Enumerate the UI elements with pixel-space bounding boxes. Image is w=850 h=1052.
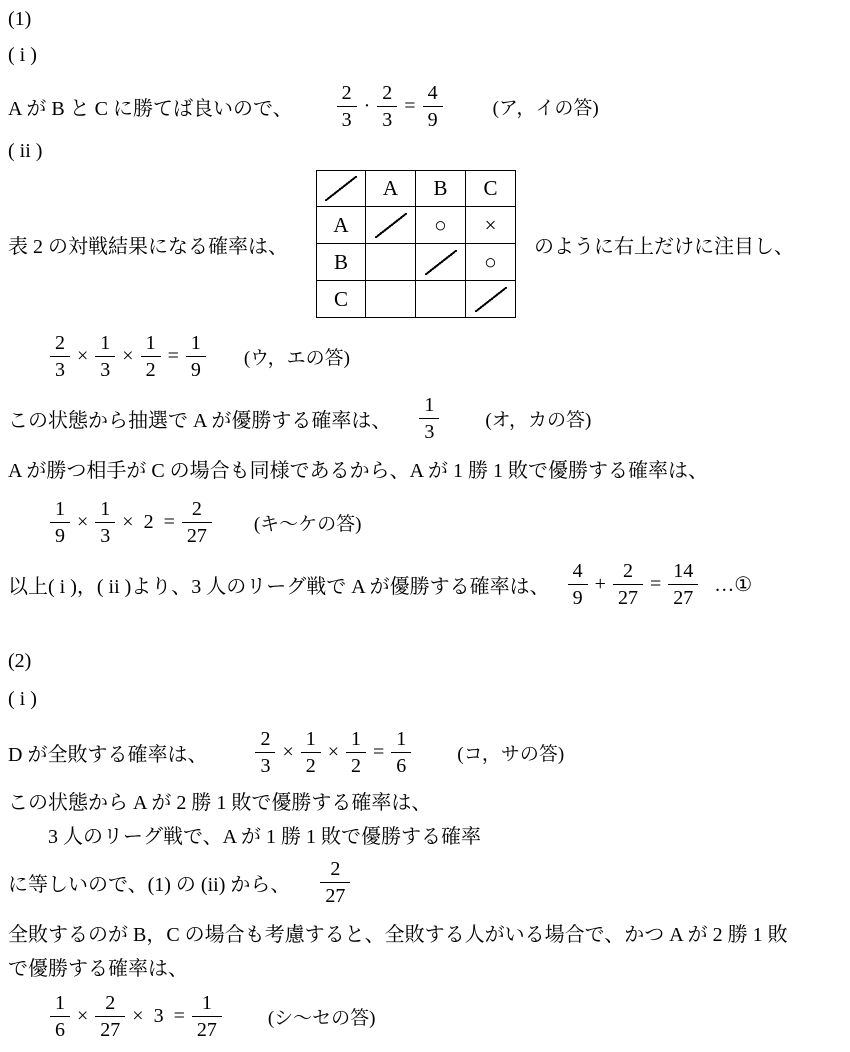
math-token: 2	[144, 511, 154, 534]
math-token: 3	[154, 1005, 164, 1028]
fraction: 12	[346, 728, 366, 777]
text-equal-from-1ii: に等しいので、(1) の (ii) から、	[8, 868, 290, 897]
diagonal-line-icon	[475, 287, 507, 312]
table-cell	[366, 244, 416, 281]
diagonal-line-icon	[425, 250, 457, 275]
table-cell	[416, 244, 466, 281]
math-expression-1: 23·23=49	[335, 82, 445, 131]
solution-line-1win1loss: 19×13×2=227 (キ～ケの答)	[48, 494, 362, 550]
table-row: A○×	[316, 207, 516, 244]
fraction-denominator: 27	[95, 1017, 125, 1041]
fraction: 16	[50, 992, 70, 1041]
solution-document: (1) ( i ) A が B と C に勝てば良いので、 23·23=49 (…	[0, 0, 850, 1052]
fraction-denominator: 9	[568, 585, 588, 609]
answer-label-o-ka: (オ，カの答)	[485, 405, 591, 432]
fraction-numerator: 4	[568, 560, 588, 585]
math-expression-8: 16×227×3=127	[48, 992, 224, 1041]
fraction: 23	[377, 82, 397, 131]
fraction-denominator: 27	[613, 585, 643, 609]
text-lottery: この状態から抽選で A が優勝する確率は、	[8, 404, 391, 433]
fraction-numerator: 1	[95, 498, 115, 523]
section-label-2: (2)	[8, 648, 31, 674]
fraction-denominator: 27	[320, 883, 350, 907]
math-token: ×	[122, 511, 133, 534]
math-token: =	[174, 1005, 185, 1028]
fraction-numerator: 1	[186, 332, 206, 357]
math-token: ×	[77, 511, 88, 534]
fraction-denominator: 3	[255, 753, 275, 777]
fraction-denominator: 27	[668, 585, 698, 609]
fraction: 1427	[668, 560, 698, 609]
text-league-equiv: 3 人のリーグ戦で、A が 1 勝 1 敗で優勝する確率	[48, 824, 481, 850]
fraction-numerator: 14	[668, 560, 698, 585]
math-expression-3: 13	[417, 394, 441, 443]
table-cell: B	[416, 170, 466, 207]
fraction: 23	[337, 82, 357, 131]
diagonal-line-icon	[325, 176, 357, 201]
fraction-numerator: 1	[391, 728, 411, 753]
math-token: ·	[364, 95, 371, 118]
section-label-1: (1)	[8, 6, 31, 32]
fraction-numerator: 1	[50, 498, 70, 523]
table-cell: ○	[416, 207, 466, 244]
math-token: =	[650, 573, 661, 596]
math-token: =	[404, 95, 415, 118]
solution-line-equal: に等しいので、(1) の (ii) から、 227	[8, 854, 352, 910]
result-table: ABCA○×B○C	[316, 170, 516, 318]
text-win-prob-is: で優勝する確率は、	[8, 956, 188, 982]
solution-line-prob19: 23×13×12=19 (ウ，エの答)	[48, 328, 350, 384]
fraction: 23	[50, 332, 70, 381]
math-token: ×	[77, 1005, 88, 1028]
fraction-denominator: 2	[346, 753, 366, 777]
text-consider-bc: 全敗するのが B，C の場合も考慮すると、全敗する人がいる場合で、かつ A が …	[8, 922, 788, 948]
fraction: 19	[50, 498, 70, 547]
fraction-denominator: 9	[423, 107, 443, 131]
fraction-denominator: 27	[192, 1017, 222, 1041]
table-line: 表 2 の対戦結果になる確率は、 ABCA○×B○C のように右上だけに注目し、	[8, 170, 794, 318]
math-expression-6: 23×12×12=16	[253, 728, 413, 777]
table-cell: A	[316, 207, 366, 244]
table-cell: B	[316, 244, 366, 281]
table-cell	[366, 281, 416, 318]
fraction: 227	[95, 992, 125, 1041]
math-expression-4: 19×13×2=227	[48, 498, 214, 547]
fraction-numerator: 2	[320, 858, 350, 883]
fraction: 12	[141, 332, 161, 381]
math-token: ×	[282, 741, 293, 764]
fraction-numerator: 2	[337, 82, 357, 107]
text-table-lead: 表 2 の対戦結果になる確率は、	[8, 230, 288, 259]
math-expression-2: 23×13×12=19	[48, 332, 208, 381]
math-token: =	[373, 741, 384, 764]
answer-label-u-e: (ウ，エの答)	[244, 343, 350, 370]
table-cell: C	[466, 170, 516, 207]
math-token: +	[595, 573, 606, 596]
fraction: 127	[192, 992, 222, 1041]
math-expression-5: 49+227=1427	[566, 560, 701, 609]
text-a-beats-bc: A が B と C に勝てば良いので、	[8, 92, 293, 121]
table-cell: ×	[466, 207, 516, 244]
fraction-denominator: 9	[50, 523, 70, 547]
text-d-loses: D が全敗する確率は、	[8, 738, 207, 767]
table-cell	[466, 281, 516, 318]
fraction-numerator: 4	[423, 82, 443, 107]
math-expression-7: 227	[318, 858, 352, 907]
table-row: C	[316, 281, 516, 318]
fraction-denominator: 9	[186, 357, 206, 381]
table-cell: C	[316, 281, 366, 318]
fraction: 23	[255, 728, 275, 777]
text-same-for-c: A が勝つ相手が C の場合も同様であるから、A が 1 勝 1 敗で優勝する確…	[8, 458, 708, 484]
fraction-denominator: 2	[301, 753, 321, 777]
fraction-denominator: 3	[419, 419, 439, 443]
fraction: 19	[186, 332, 206, 381]
fraction-numerator: 2	[95, 992, 125, 1017]
fraction-numerator: 2	[377, 82, 397, 107]
fraction-numerator: 1	[50, 992, 70, 1017]
solution-line-final: 16×227×3=127 (シ～セの答)	[48, 988, 376, 1044]
math-token: =	[164, 511, 175, 534]
math-token: =	[168, 345, 179, 368]
text-2win1loss: この状態から A が 2 勝 1 敗で優勝する確率は、	[8, 790, 431, 816]
fraction: 227	[182, 498, 212, 547]
table-cell: A	[366, 170, 416, 207]
fraction: 13	[419, 394, 439, 443]
table-row: B○	[316, 244, 516, 281]
fraction: 16	[391, 728, 411, 777]
math-token: ×	[77, 345, 88, 368]
fraction-numerator: 1	[419, 394, 439, 419]
text-summary1: 以上( i )，( ii )より、3 人のリーグ戦で A が優勝する確率は、	[8, 570, 550, 599]
fraction-numerator: 2	[255, 728, 275, 753]
answer-label-ki-ke: (キ～ケの答)	[254, 509, 362, 536]
subsection-label-2i: ( i )	[8, 686, 37, 712]
fraction-denominator: 3	[337, 107, 357, 131]
answer-label-ko-sa: (コ，サの答)	[457, 739, 564, 766]
fraction-denominator: 6	[50, 1017, 70, 1041]
fraction-denominator: 3	[50, 357, 70, 381]
subsection-label-1ii: ( ii )	[8, 138, 42, 164]
fraction-numerator: 2	[50, 332, 70, 357]
math-token: ×	[328, 741, 339, 764]
fraction-numerator: 2	[613, 560, 643, 585]
fraction-numerator: 1	[346, 728, 366, 753]
table-cell	[416, 281, 466, 318]
table-cell	[366, 207, 416, 244]
fraction-numerator: 1	[301, 728, 321, 753]
solution-line-summary1: 以上( i )，( ii )より、3 人のリーグ戦で A が優勝する確率は、 4…	[8, 556, 752, 612]
subsection-label-1i: ( i )	[8, 42, 37, 68]
table-row: ABC	[316, 170, 516, 207]
fraction: 227	[320, 858, 350, 907]
fraction: 49	[423, 82, 443, 131]
fraction: 12	[301, 728, 321, 777]
solution-line-wins: A が B と C に勝てば良いので、 23·23=49 (ア，イの答)	[8, 78, 599, 134]
answer-label-shi-se: (シ～セの答)	[268, 1003, 376, 1030]
math-token: ×	[132, 1005, 143, 1028]
answer-label-a-i: (ア，イの答)	[493, 93, 599, 120]
equation-ref-1: …①	[714, 572, 752, 597]
fraction: 13	[95, 332, 115, 381]
math-token: ×	[122, 345, 133, 368]
fraction-denominator: 2	[141, 357, 161, 381]
table-cell: ○	[466, 244, 516, 281]
fraction-denominator: 3	[95, 357, 115, 381]
text-table-trail: のように右上だけに注目し、	[534, 230, 794, 259]
fraction: 49	[568, 560, 588, 609]
fraction-numerator: 1	[95, 332, 115, 357]
table-cell	[316, 170, 366, 207]
solution-line-lottery: この状態から抽選で A が優勝する確率は、 13 (オ，カの答)	[8, 390, 591, 446]
fraction-denominator: 3	[377, 107, 397, 131]
fraction-numerator: 1	[141, 332, 161, 357]
fraction-denominator: 6	[391, 753, 411, 777]
fraction-numerator: 2	[182, 498, 212, 523]
fraction: 227	[613, 560, 643, 609]
diagonal-line-icon	[375, 213, 407, 238]
solution-line-d-loses: D が全敗する確率は、 23×12×12=16 (コ，サの答)	[8, 724, 564, 780]
fraction-numerator: 1	[192, 992, 222, 1017]
fraction-denominator: 3	[95, 523, 115, 547]
fraction: 13	[95, 498, 115, 547]
fraction-denominator: 27	[182, 523, 212, 547]
